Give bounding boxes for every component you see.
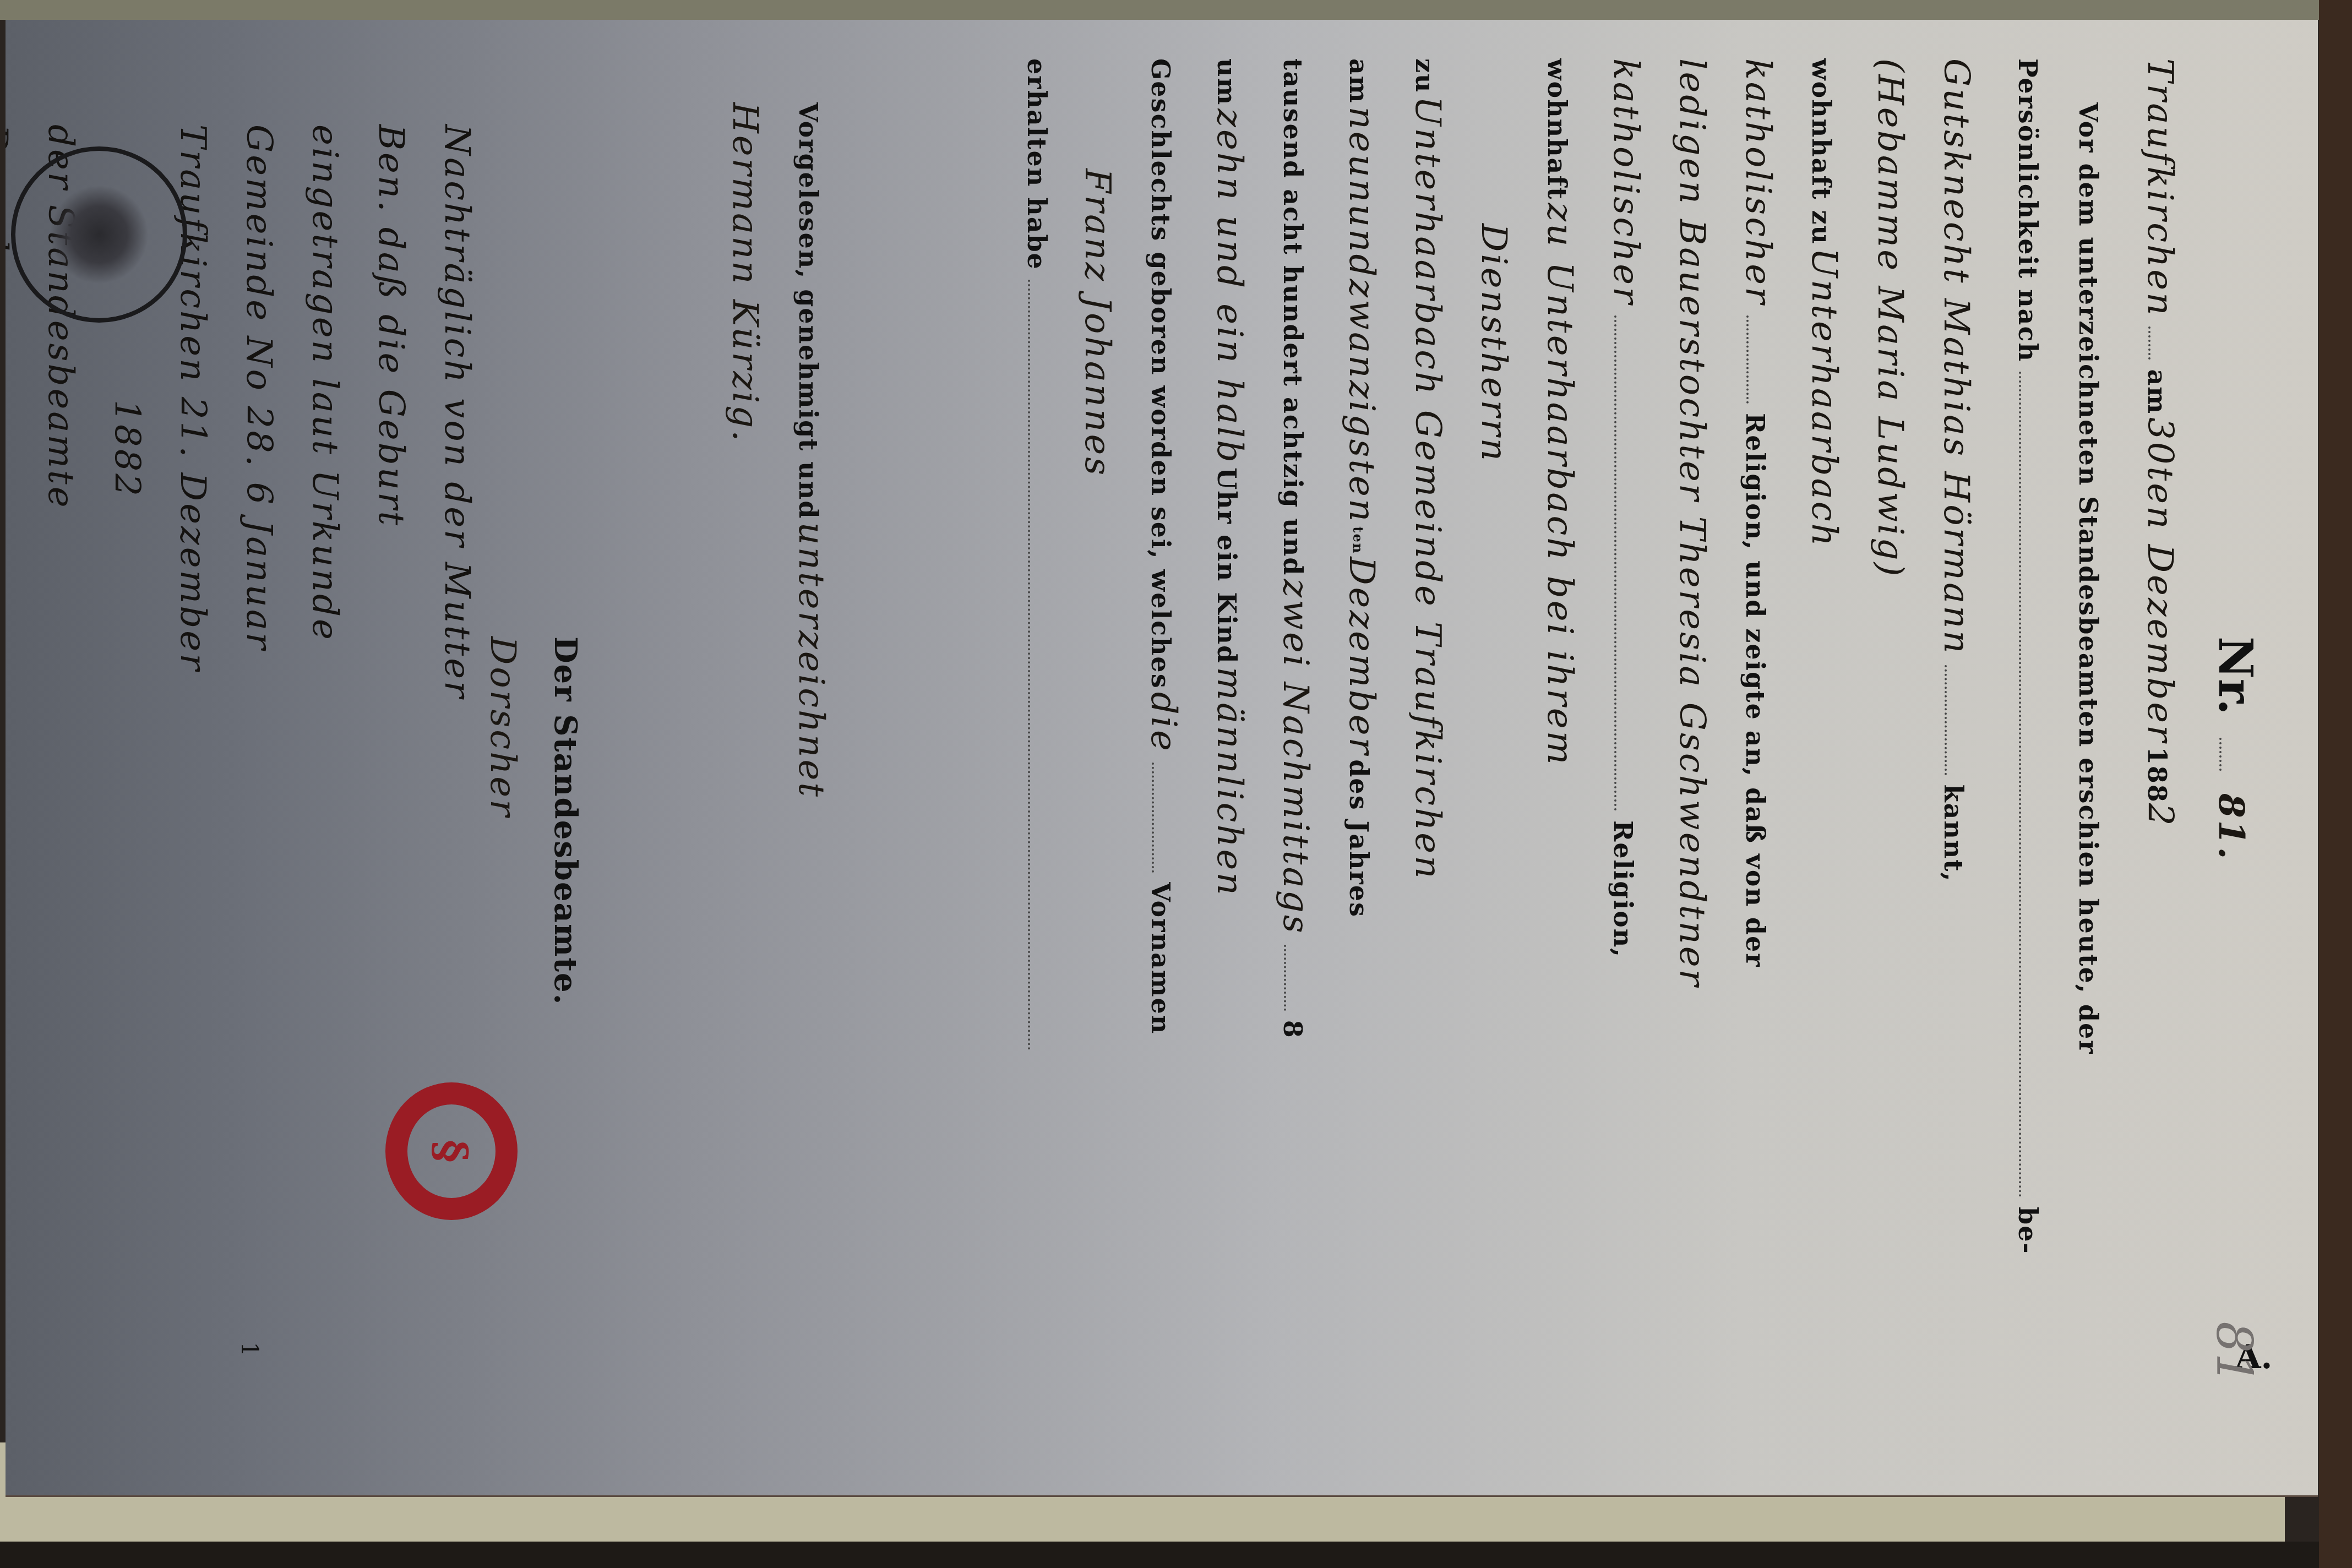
approval-line: Vorgelesen, genehmigt und unterzeichnet bbox=[791, 102, 831, 799]
tausend-label: tausend acht hundert achtzig und bbox=[1278, 58, 1308, 576]
persona-line: Persönlichkeit nach be- bbox=[2013, 58, 2043, 1255]
vorgelesen-label: Vorgelesen, genehmigt und bbox=[793, 102, 823, 519]
die-value: die bbox=[1143, 692, 1184, 753]
place-date-line: Traufkirchen am 30ten Dezember 1882 bbox=[2139, 58, 2180, 827]
bekannt-label-a: be- bbox=[2013, 1207, 2043, 1255]
officer-title: Der Standesbeamte. bbox=[547, 636, 584, 1005]
religion-label-2: Religion, bbox=[1608, 820, 1638, 958]
standesamt-stamp-icon bbox=[11, 146, 187, 323]
mother-value: ledigen Bauerstochter Theresia Gschwendt… bbox=[1672, 58, 1712, 988]
informant-extra-line: (Hebamme Maria Ludwig) bbox=[1870, 58, 1910, 579]
birthplace-value: Unterhaarbach Gemeinde Traufkirchen bbox=[1407, 96, 1448, 881]
sex-value: männlichen bbox=[1209, 667, 1250, 897]
gender-line: Geschlechts geboren worden sei, welches … bbox=[1143, 58, 1184, 1035]
residence-line: wohnhaft zu Unterhaarbach bbox=[1804, 58, 1844, 548]
date-value: 30ten Dezember bbox=[2139, 417, 2180, 744]
residence-value: Unterhaarbach bbox=[1804, 248, 1844, 548]
entry-number: Nr. 81. bbox=[2208, 636, 2263, 861]
book-binding bbox=[2319, 0, 2352, 1568]
margin-line: Ben. daß die Geburt bbox=[358, 124, 424, 785]
year-suffix-8: 8 bbox=[1278, 1020, 1308, 1039]
am-label: am bbox=[2142, 369, 2172, 415]
informant-line: Gutsknecht Mathias Hörmann kannt, bbox=[1936, 58, 1977, 883]
year-printed: 188 bbox=[2142, 747, 2172, 803]
religion-value-1: katholischer bbox=[1738, 58, 1778, 306]
birthday-value: neunundzwanzigsten bbox=[1341, 107, 1382, 524]
unterzeichnet-value: unterzeichnet bbox=[791, 522, 831, 799]
wohnhaft-label: wohnhaft bbox=[1542, 58, 1572, 200]
geschlechts-label: Geschlechts geboren worden sei, welches bbox=[1146, 58, 1175, 689]
time-line: um zehn und ein halb Uhr ein Kind männli… bbox=[1209, 58, 1250, 897]
informant-signature: Hermann Kürzig. bbox=[725, 102, 765, 444]
place-value: Traufkirchen bbox=[2139, 58, 2180, 317]
informant-signature-line: Hermann Kürzig. bbox=[725, 102, 765, 444]
book-top-edge bbox=[0, 0, 2352, 20]
am-label-2: am bbox=[1344, 58, 1374, 104]
wohnhaft-zu-label: wohnhaft zu bbox=[1806, 58, 1836, 245]
erhalten-label: erhalten habe bbox=[1022, 58, 1052, 270]
religion-label-1: Religion, und zeigte an, daß von der bbox=[1740, 413, 1770, 968]
given-names-line: Franz Johannes bbox=[1077, 168, 1118, 477]
birthdate-line: am neunundzwanzigsten ten Dezember des J… bbox=[1341, 58, 1382, 918]
bekannt-label-b: kannt, bbox=[1939, 785, 1968, 883]
religion-line-1: katholischer Religion, und zeigte an, da… bbox=[1738, 58, 1778, 968]
red-seal-icon: § bbox=[385, 1082, 518, 1220]
mother-line: ledigen Bauerstochter Theresia Gschwendt… bbox=[1672, 58, 1712, 988]
register-page: Nr. 81. Traufkirchen am 30ten Dezember 1… bbox=[6, 20, 2318, 1497]
margin-line: Nachträglich von der Mutter bbox=[424, 124, 490, 785]
book-bottom-shadow bbox=[0, 1542, 2352, 1568]
margin-line: eingetragen laut Urkunde bbox=[292, 124, 358, 785]
time-value: zehn und ein halb bbox=[1209, 108, 1250, 465]
persona-label: Persönlichkeit nach bbox=[2013, 58, 2043, 362]
entry-number-label: Nr. bbox=[2208, 636, 2263, 715]
des-jahres-label: des Jahres bbox=[1344, 759, 1374, 918]
employer-value: Dienstherrn bbox=[1473, 224, 1514, 463]
margin-line: Gemeinde No 28. 6 Januar bbox=[226, 124, 292, 785]
ten-superscript: ten bbox=[1350, 526, 1366, 554]
vornamen-label: Vornamen bbox=[1146, 882, 1175, 1035]
birth-month-value: Dezember bbox=[1341, 557, 1382, 756]
eagle-emblem-icon bbox=[50, 185, 149, 284]
employer-line: Dienstherrn bbox=[1473, 224, 1514, 463]
zu-label: zu bbox=[1410, 58, 1440, 94]
religion-line-2: katholischer Religion, bbox=[1605, 58, 1646, 958]
informant-extra: (Hebamme Maria Ludwig) bbox=[1870, 58, 1910, 579]
given-names-value: Franz Johannes bbox=[1077, 168, 1118, 477]
intro-text: Vor dem unterzeichneten Standesbeamten e… bbox=[2073, 102, 2103, 1055]
pencil-folio-number: 81 bbox=[2205, 1321, 2263, 1385]
um-label: um bbox=[1212, 58, 1242, 106]
religion-value-2: katholischer bbox=[1605, 58, 1646, 306]
erhalten-line: erhalten habe bbox=[1022, 58, 1052, 1057]
year-hand: 2 bbox=[2139, 803, 2180, 828]
entry-number-value: 81. bbox=[2211, 793, 2252, 861]
seal-glyph: § bbox=[426, 1140, 477, 1163]
page-number: 1 bbox=[236, 1342, 263, 1357]
year-words-value: zwei Nachmittags bbox=[1275, 579, 1316, 935]
birthplace-line: zu Unterhaarbach Gemeinde Traufkirchen bbox=[1407, 58, 1448, 880]
mother-residence-line: wohnhaft zu Unterhaarbach bei ihrem bbox=[1539, 58, 1580, 766]
uhr-kind-label: Uhr ein Kind bbox=[1212, 467, 1242, 664]
informant-value: Gutsknecht Mathias Hörmann bbox=[1936, 58, 1977, 656]
year-line: tausend acht hundert achtzig und zwei Na… bbox=[1275, 58, 1316, 1039]
mother-residence-value: zu Unterhaarbach bei ihrem bbox=[1539, 203, 1580, 767]
